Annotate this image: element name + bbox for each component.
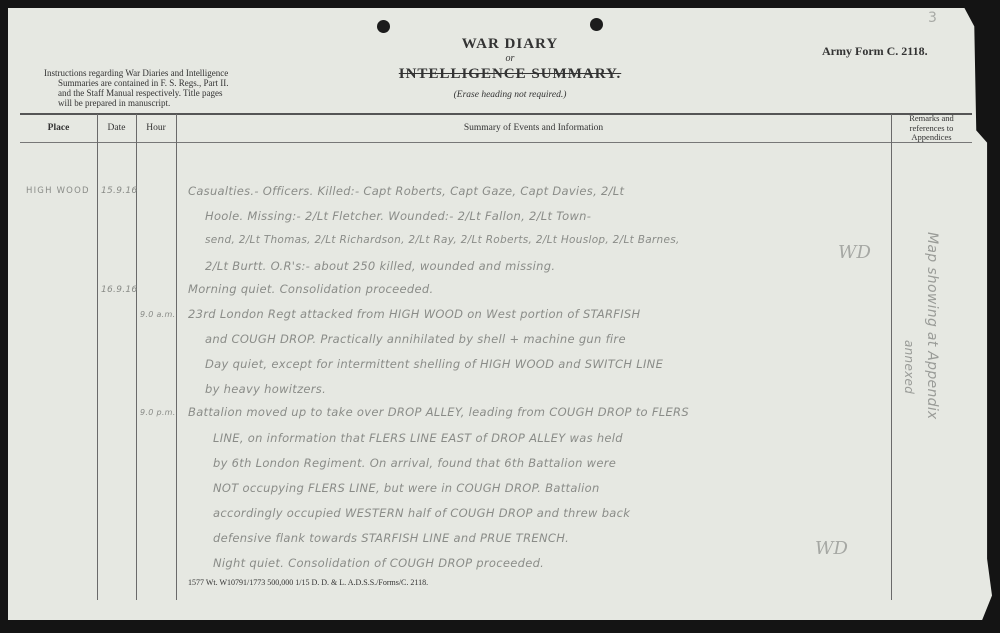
form-number: Army Form C. 2118. [822,44,928,59]
entry-line: 23rd London Regt attacked from HIGH WOOD… [188,307,640,321]
entry-line: by 6th London Regiment. On arrival, foun… [213,456,616,470]
entry-line: by heavy howitzers. [205,382,326,396]
entry-line: LINE, on information that FLERS LINE EAS… [213,431,623,445]
entry-line: and COUGH DROP. Practically annihilated … [205,332,626,346]
remarks-note: Map showing at Appendix [924,232,940,572]
title-or: or [490,53,530,64]
entry-line: Casualties.- Officers. Killed:- Capt Rob… [188,184,624,198]
title-war-diary: WAR DIARY [440,36,580,53]
header-remarks: Remarks and references to Appendices [891,114,972,143]
entry-line: send, 2/Lt Thomas, 2/Lt Richardson, 2/Lt… [205,234,680,246]
table-header-rule [20,142,972,143]
initials-signature: WD [815,538,848,559]
entry-line: NOT occupying FLERS LINE, but were in CO… [213,481,600,495]
entry-line: Battalion moved up to take over DROP ALL… [188,405,689,419]
entry-line: accordingly occupied WESTERN half of COU… [213,506,630,520]
printer-imprint: 1577 Wt. W10791/1773 500,000 1/15 D. D. … [188,578,428,587]
table-top-rule [20,113,972,115]
column-divider [891,114,892,600]
punch-hole [377,20,390,33]
remarks-note-annexed: annexed [902,340,916,460]
punch-hole [590,18,603,31]
instructions: Instructions regarding War Diaries and I… [44,68,274,108]
header-summary: Summary of Events and Information [176,123,891,133]
instruction-line: and the Staff Manual respectively. Title… [44,88,274,98]
page-number: 3 [928,10,937,26]
title-intelligence-summary: INTELLIGENCE SUMMARY. [380,66,640,83]
entry-line: Hoole. Missing:- 2/Lt Fletcher. Wounded:… [205,209,591,223]
entry-line: Day quiet, except for intermittent shell… [205,357,663,371]
erase-note: (Erase heading not required.) [410,90,610,100]
entry-line: defensive flank towards STARFISH LINE an… [213,531,569,545]
instruction-line: Instructions regarding War Diaries and I… [44,68,274,78]
initials-signature: WD [838,242,871,263]
column-divider [176,114,177,600]
header-date: Date [97,123,136,133]
instruction-line: will be prepared in manuscript. [44,98,274,108]
entry-date: 15.9.16 [101,186,137,196]
header-remarks-line: Appendices [891,133,972,143]
entry-date: 16.9.16 [101,285,137,295]
entry-hour: 9.0 p.m. [140,408,176,417]
entry-line: Night quiet. Consolidation of COUGH DROP… [213,556,544,570]
entry-line: Morning quiet. Consolidation proceeded. [188,282,433,296]
header-hour: Hour [136,123,176,133]
instruction-line: Summaries are contained in F. S. Regs., … [44,78,274,88]
entry-place: HIGH WOOD [26,186,90,196]
header-place: Place [20,123,97,133]
entry-line: 2/Lt Burtt. O.R's:- about 250 killed, wo… [205,259,555,273]
column-divider [97,114,98,600]
entry-hour: 9.0 a.m. [140,310,175,319]
